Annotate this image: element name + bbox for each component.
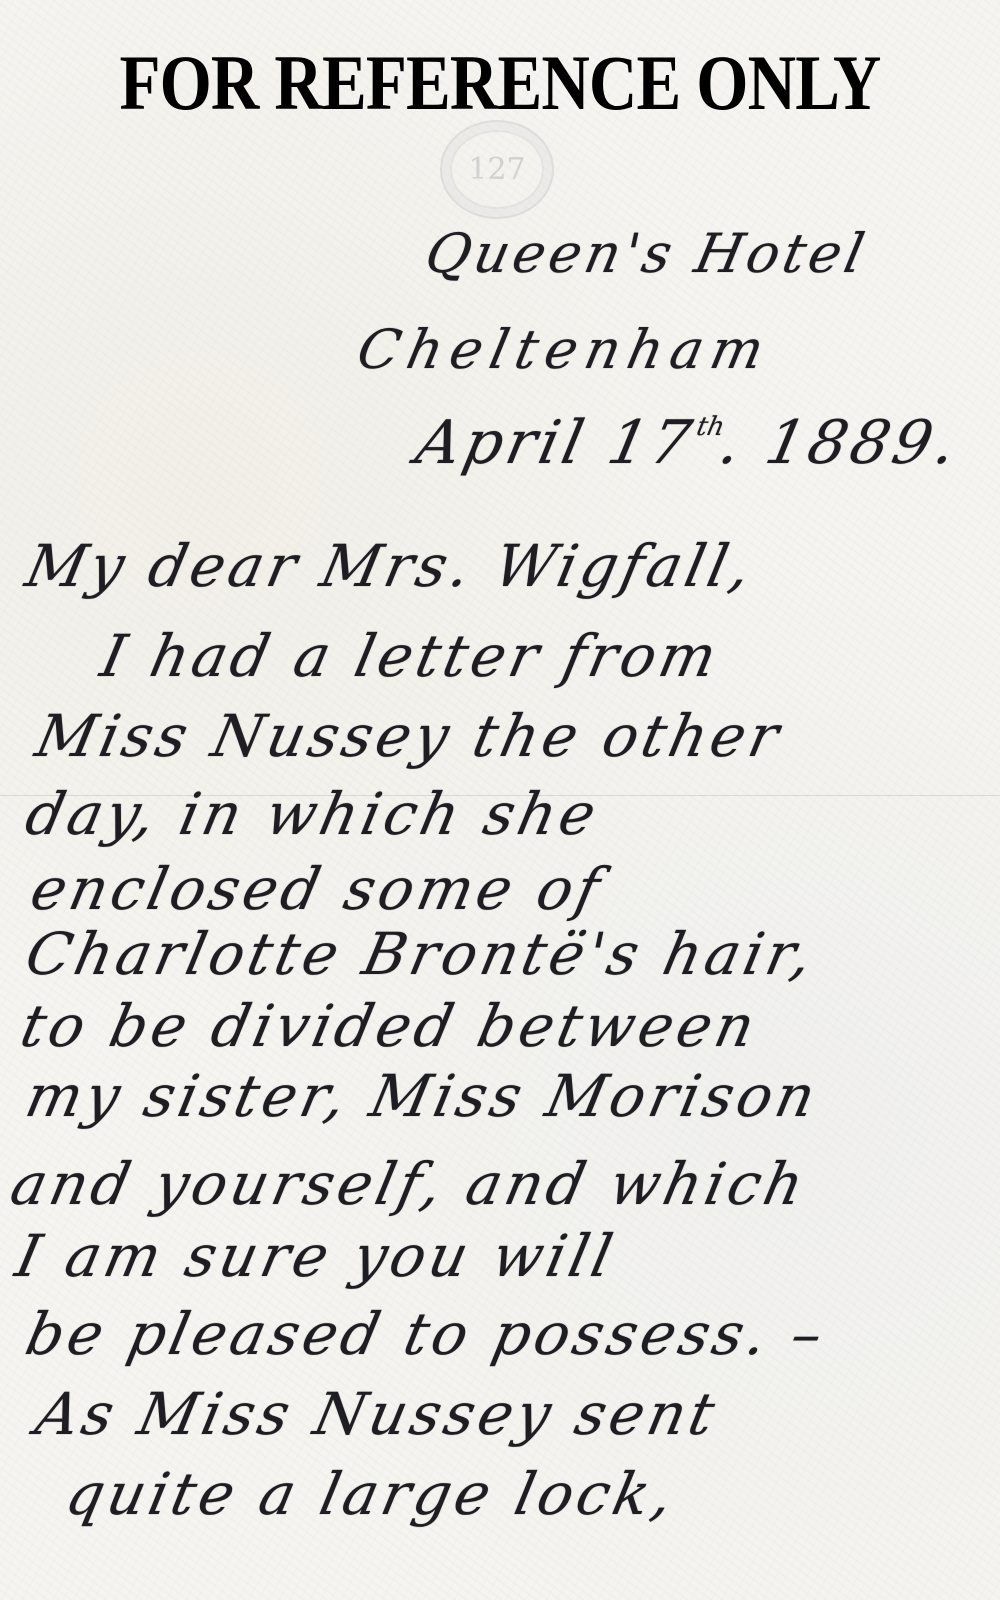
body-line: be pleased to possess. – [20, 1300, 833, 1368]
body-line: Charlotte Brontë's hair, [20, 920, 822, 988]
date-year: . 1889. [713, 408, 966, 478]
body-line: I had a letter from [95, 622, 726, 690]
letter-date: April 17th. 1889. [410, 408, 966, 478]
body-line: my sister, Miss Morison [20, 1062, 825, 1130]
salutation: My dear Mrs. Wigfall, [20, 532, 761, 600]
body-line: day, in which she [20, 780, 606, 848]
address-line-1: Queen's Hotel [420, 222, 873, 285]
body-line: enclosed some of [25, 855, 610, 923]
body-line: As Miss Nussey sent [30, 1380, 724, 1448]
date-month-day: April 17 [410, 408, 701, 478]
body-line: I am sure you will [10, 1222, 622, 1290]
address-line-2: Cheltenham [352, 318, 777, 381]
reference-watermark-banner: FOR REFERENCE ONLY [70, 44, 930, 122]
body-line: quite a large lock, [60, 1460, 683, 1528]
body-line: and yourself, and which [5, 1150, 814, 1218]
body-line: Miss Nussey the other [30, 702, 789, 770]
body-line: to be divided between [15, 992, 764, 1060]
embossed-crest-icon: 127 [440, 120, 554, 219]
